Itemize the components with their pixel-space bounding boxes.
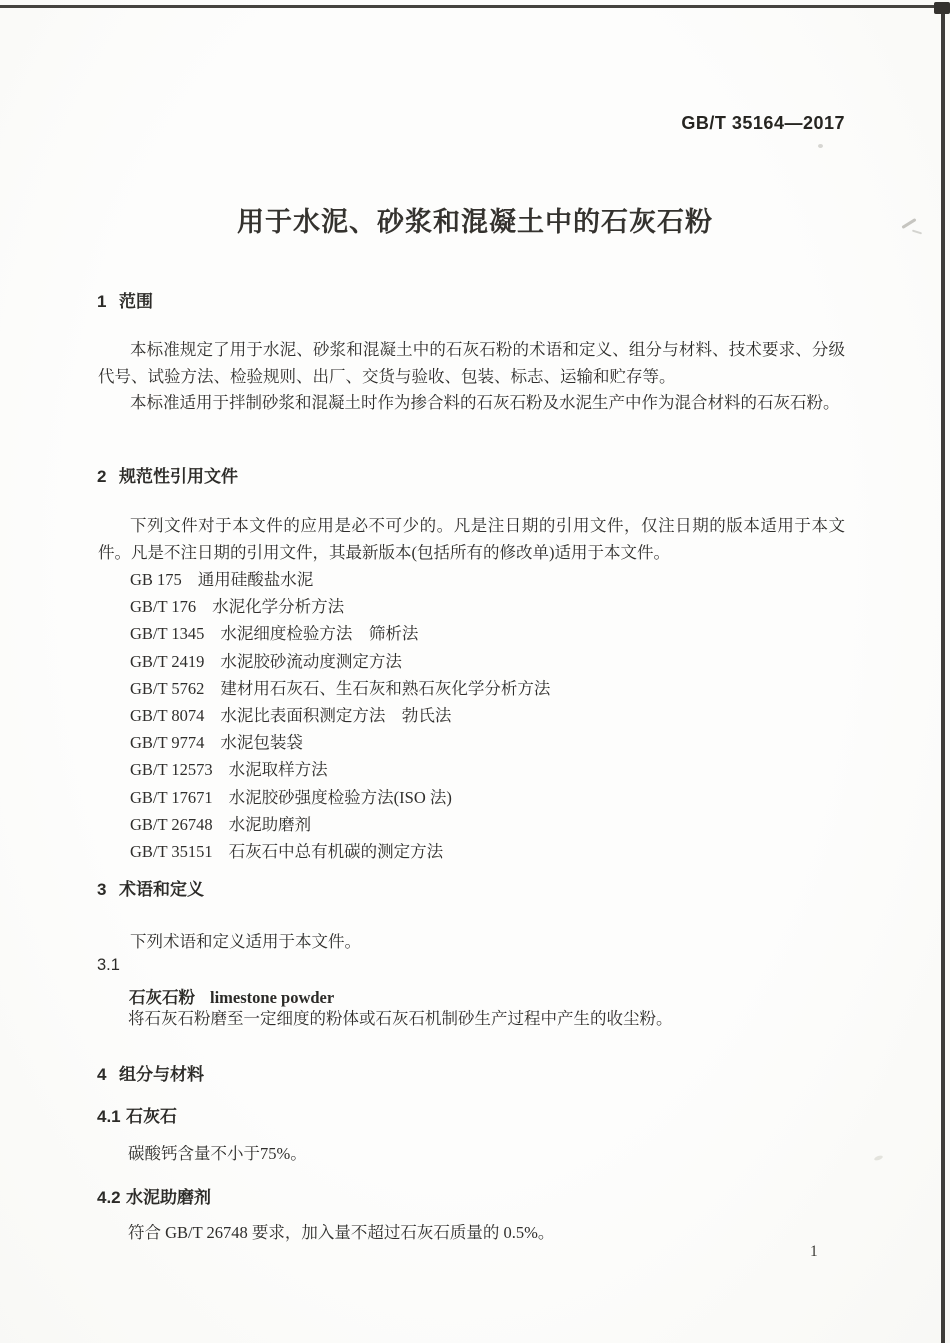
section-1-paragraph-1: 本标准规定了用于水泥、砂浆和混凝土中的石灰石粉的术语和定义、组分与材料、技术要求… bbox=[98, 337, 845, 390]
term-english: limestone powder bbox=[210, 988, 334, 1007]
reference-code: GB/T 5762 bbox=[130, 679, 204, 698]
section-number: 3 bbox=[97, 881, 119, 899]
reference-title: 水泥胶砂流动度测定方法 bbox=[220, 652, 402, 671]
reference-code: GB/T 12573 bbox=[130, 760, 213, 779]
reference-item: GB/T 2419水泥胶砂流动度测定方法 bbox=[130, 648, 550, 675]
scan-top-edge bbox=[0, 5, 950, 8]
reference-code: GB/T 26748 bbox=[130, 815, 213, 834]
section-label: 水泥助磨剂 bbox=[126, 1188, 211, 1207]
clause-number-3-1: 3.1 bbox=[97, 956, 120, 975]
reference-title: 水泥胶砂强度检验方法(ISO 法) bbox=[229, 788, 452, 807]
reference-item: GB/T 35151石灰石中总有机碳的测定方法 bbox=[130, 838, 550, 865]
reference-title: 水泥取样方法 bbox=[229, 760, 328, 779]
section-4-1-text: 碳酸钙含量不小于75%。 bbox=[128, 1143, 307, 1165]
reference-item: GB/T 5762建材用石灰石、生石灰和熟石灰化学分析方法 bbox=[130, 675, 550, 702]
reference-item: GB/T 17671水泥胶砂强度检验方法(ISO 法) bbox=[130, 784, 550, 811]
section-label: 规范性引用文件 bbox=[119, 467, 238, 486]
document-page: GB/T 35164—2017 用于水泥、砂浆和混凝土中的石灰石粉 1范围 本标… bbox=[0, 0, 950, 1343]
section-4-heading: 4组分与材料 bbox=[97, 1066, 204, 1084]
section-4-2-text: 符合 GB/T 26748 要求，加入量不超过石灰石质量的 0.5%。 bbox=[128, 1222, 554, 1244]
section-3-heading: 3术语和定义 bbox=[97, 881, 204, 899]
section-label: 组分与材料 bbox=[119, 1065, 204, 1084]
section-2-heading: 2规范性引用文件 bbox=[97, 468, 238, 486]
section-2-paragraph-1: 下列文件对于本文件的应用是必不可少的。凡是注日期的引用文件，仅注日期的版本适用于… bbox=[98, 513, 845, 566]
scan-speck bbox=[874, 1155, 884, 1162]
normative-references-list: GB 175通用硅酸盐水泥 GB/T 176水泥化学分析方法 GB/T 1345… bbox=[130, 566, 550, 865]
section-number: 4 bbox=[97, 1066, 119, 1084]
term-chinese: 石灰石粉 bbox=[129, 989, 195, 1007]
section-3-paragraph-1: 下列术语和定义适用于本文件。 bbox=[98, 929, 845, 956]
section-number: 1 bbox=[97, 293, 119, 311]
reference-title: 水泥包装袋 bbox=[220, 733, 303, 752]
reference-code: GB/T 2419 bbox=[130, 652, 204, 671]
reference-title: 水泥化学分析方法 bbox=[212, 597, 344, 616]
reference-item: GB/T 176水泥化学分析方法 bbox=[130, 593, 550, 620]
reference-title: 石灰石中总有机碳的测定方法 bbox=[229, 842, 444, 861]
reference-item: GB/T 1345水泥细度检验方法 筛析法 bbox=[130, 620, 550, 647]
reference-code: GB/T 9774 bbox=[130, 733, 204, 752]
document-title: 用于水泥、砂浆和混凝土中的石灰石粉 bbox=[0, 200, 950, 239]
section-4-2-heading: 4.2水泥助磨剂 bbox=[97, 1189, 211, 1207]
term-definition-heading: 石灰石粉limestone powder bbox=[129, 984, 334, 1008]
reference-title: 通用硅酸盐水泥 bbox=[198, 570, 314, 589]
reference-code: GB 175 bbox=[130, 570, 182, 589]
section-1-heading: 1范围 bbox=[97, 293, 153, 311]
section-label: 范围 bbox=[119, 292, 153, 311]
scan-speck bbox=[818, 144, 823, 148]
reference-code: GB/T 8074 bbox=[130, 706, 204, 725]
standard-code: GB/T 35164—2017 bbox=[0, 113, 845, 134]
section-label: 石灰石 bbox=[126, 1107, 177, 1126]
term-definition-text: 将石灰石粉磨至一定细度的粉体或石灰石机制砂生产过程中产生的收尘粉。 bbox=[128, 1008, 673, 1030]
reference-code: GB/T 1345 bbox=[130, 624, 204, 643]
section-4-1-heading: 4.1石灰石 bbox=[97, 1108, 177, 1126]
section-number: 4.2 bbox=[97, 1189, 126, 1207]
section-1-paragraph-2: 本标准适用于拌制砂浆和混凝土时作为掺合料的石灰石粉及水泥生产中作为混合材料的石灰… bbox=[98, 390, 845, 417]
reference-item: GB/T 8074水泥比表面积测定方法 勃氏法 bbox=[130, 702, 550, 729]
reference-title: 水泥细度检验方法 筛析法 bbox=[220, 624, 418, 643]
reference-title: 建材用石灰石、生石灰和熟石灰化学分析方法 bbox=[220, 679, 550, 698]
page-number: 1 bbox=[810, 1243, 818, 1261]
reference-title: 水泥助磨剂 bbox=[229, 815, 312, 834]
reference-title: 水泥比表面积测定方法 勃氏法 bbox=[220, 706, 451, 725]
reference-item: GB/T 12573水泥取样方法 bbox=[130, 756, 550, 783]
reference-code: GB/T 176 bbox=[130, 597, 196, 616]
section-number: 4.1 bbox=[97, 1108, 126, 1126]
section-number: 2 bbox=[97, 468, 119, 486]
reference-item: GB/T 26748水泥助磨剂 bbox=[130, 811, 550, 838]
reference-code: GB/T 17671 bbox=[130, 788, 213, 807]
reference-code: GB/T 35151 bbox=[130, 842, 213, 861]
reference-item: GB 175通用硅酸盐水泥 bbox=[130, 566, 550, 593]
section-label: 术语和定义 bbox=[119, 880, 204, 899]
reference-item: GB/T 9774水泥包装袋 bbox=[130, 729, 550, 756]
scan-corner-mark bbox=[934, 2, 950, 14]
